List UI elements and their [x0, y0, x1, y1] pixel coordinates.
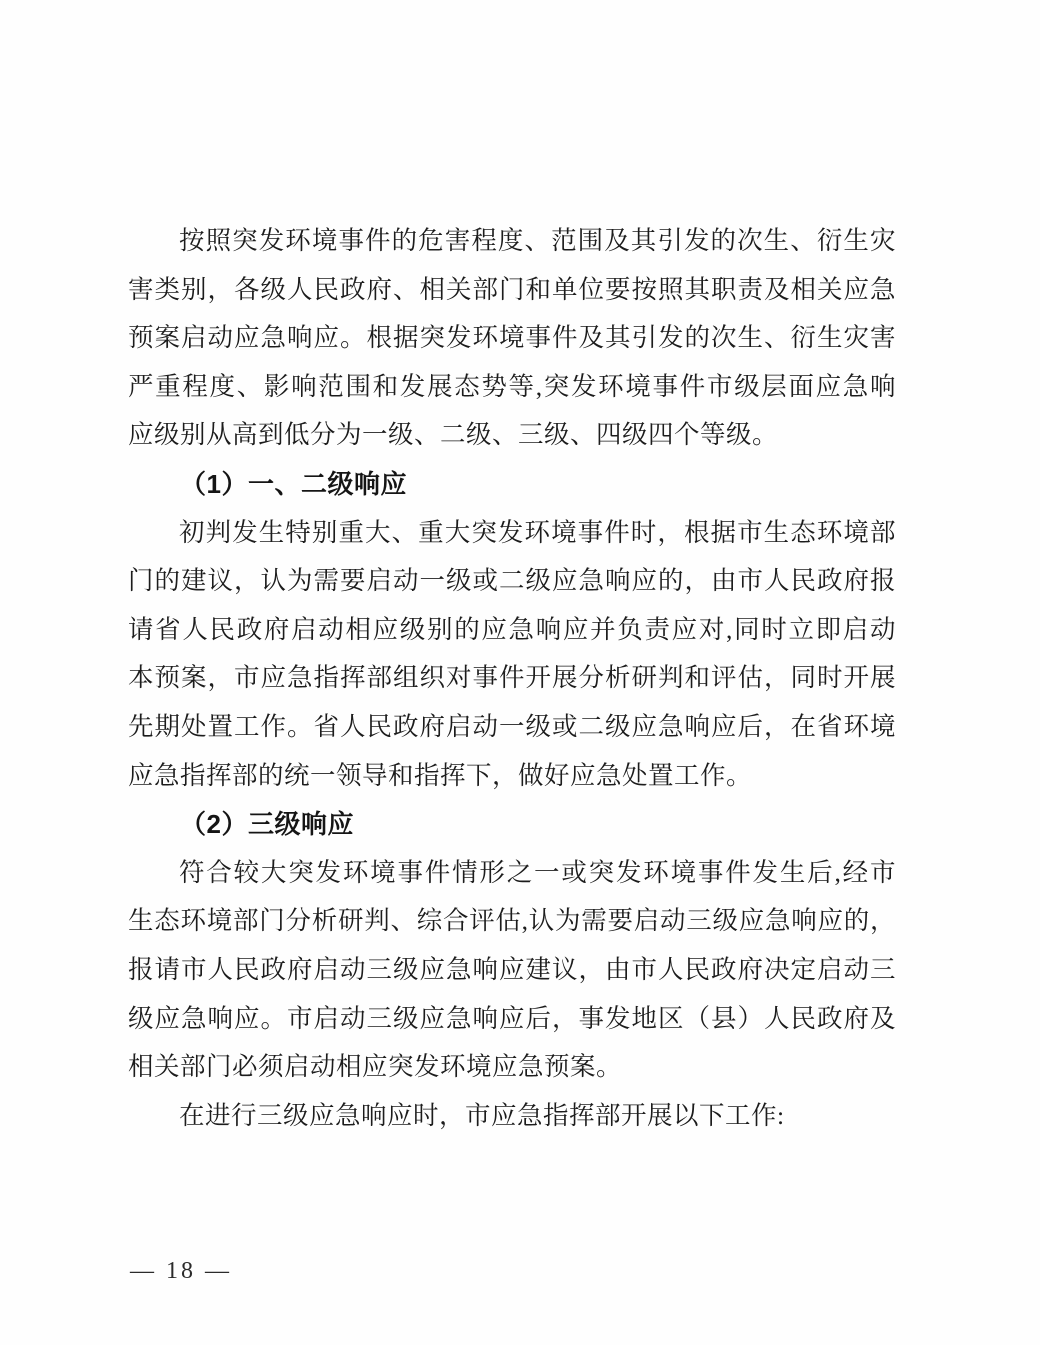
- text-line: 按照突发环境事件的危害程度、范围及其引发的次生、衍生灾: [128, 217, 896, 266]
- paragraph-1: 按照突发环境事件的危害程度、范围及其引发的次生、衍生灾 害类别，各级人民政府、相…: [128, 217, 896, 460]
- text-line: 在进行三级应急响应时，市应急指挥部开展以下工作:: [128, 1092, 896, 1141]
- text-line: 门的建议，认为需要启动一级或二级应急响应的，由市人民政府报: [128, 557, 896, 606]
- document-body: 按照突发环境事件的危害程度、范围及其引发的次生、衍生灾 害类别，各级人民政府、相…: [128, 217, 896, 1140]
- text-line: 符合较大突发环境事件情形之一或突发环境事件发生后,经市: [128, 849, 896, 898]
- text-line: 先期处置工作。省人民政府启动一级或二级应急响应后，在省环境: [128, 703, 896, 752]
- text-line: 相关部门必须启动相应突发环境应急预案。: [128, 1043, 896, 1092]
- paragraph-3: 符合较大突发环境事件情形之一或突发环境事件发生后,经市 生态环境部门分析研判、综…: [128, 849, 896, 1092]
- text-line: 报请市人民政府启动三级应急响应建议，由市人民政府决定启动三: [128, 946, 896, 995]
- text-line: 应急指挥部的统一领导和指挥下，做好应急处置工作。: [128, 752, 896, 801]
- text-line: 害类别，各级人民政府、相关部门和单位要按照其职责及相关应急: [128, 266, 896, 315]
- section-heading-level-1-2-response: （1）一、二级响应: [128, 460, 896, 509]
- document-page: 按照突发环境事件的危害程度、范围及其引发的次生、衍生灾 害类别，各级人民政府、相…: [0, 0, 1040, 1345]
- paragraph-4: 在进行三级应急响应时，市应急指挥部开展以下工作:: [128, 1092, 896, 1141]
- text-line: 严重程度、影响范围和发展态势等,突发环境事件市级层面应急响: [128, 363, 896, 412]
- text-line: 本预案，市应急指挥部组织对事件开展分析研判和评估，同时开展: [128, 654, 896, 703]
- text-line: 请省人民政府启动相应级别的应急响应并负责应对,同时立即启动: [128, 606, 896, 655]
- section-heading-level-3-response: （2）三级响应: [128, 800, 896, 849]
- paragraph-2: 初判发生特别重大、重大突发环境事件时，根据市生态环境部 门的建议，认为需要启动一…: [128, 509, 896, 801]
- text-line: 初判发生特别重大、重大突发环境事件时，根据市生态环境部: [128, 509, 896, 558]
- page-number: — 18 —: [130, 1254, 232, 1288]
- text-line: 预案启动应急响应。根据突发环境事件及其引发的次生、衍生灾害: [128, 314, 896, 363]
- text-line: 应级别从高到低分为一级、二级、三级、四级四个等级。: [128, 411, 896, 460]
- text-line: 生态环境部门分析研判、综合评估,认为需要启动三级应急响应的，: [128, 897, 896, 946]
- text-line: 级应急响应。市启动三级应急响应后，事发地区（县）人民政府及: [128, 995, 896, 1044]
